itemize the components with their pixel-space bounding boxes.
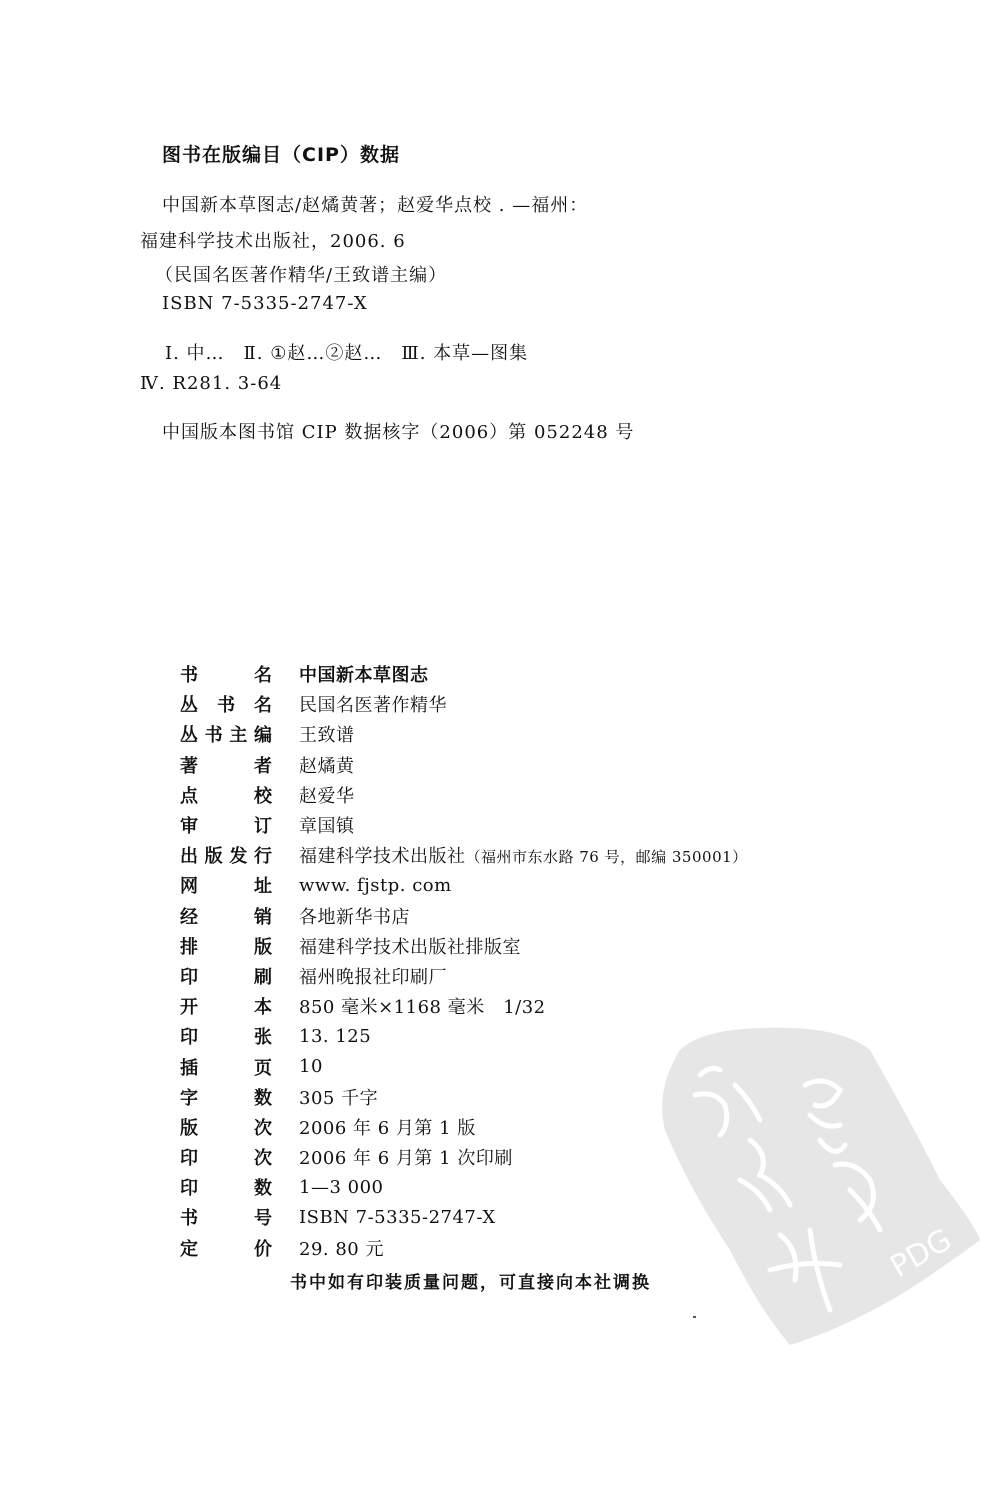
info-value-text: 福建科学技术出版社排版室: [299, 937, 521, 958]
info-label: 书名: [180, 661, 272, 687]
info-label-char: 印: [180, 1023, 198, 1049]
info-label: 定价: [180, 1235, 272, 1261]
info-label-char: 丛: [180, 721, 198, 747]
info-value: 850 毫米×1168 毫米 1/32: [299, 993, 546, 1019]
info-label: 经销: [180, 903, 272, 929]
info-label: 印张: [180, 1023, 272, 1049]
info-label-char: 页: [254, 1054, 272, 1080]
info-label: 开本: [180, 993, 272, 1019]
cip-line-subjects: Ⅰ. 中… Ⅱ. ①赵…②赵… Ⅲ. 本草—图集: [165, 339, 528, 365]
cip-line-record-number: 中国版本图书馆 CIP 数据核字（2006）第 052248 号: [162, 418, 634, 444]
info-value: 福建科学技术出版社排版室: [299, 933, 521, 959]
info-label-char: 书: [180, 1204, 198, 1230]
info-value: 10: [299, 1056, 323, 1077]
info-row: 审订章国镇: [180, 810, 748, 840]
info-label-char: 排: [180, 933, 198, 959]
info-label: 印数: [180, 1174, 272, 1200]
cip-line-isbn: ISBN 7-5335-2747-X: [162, 293, 368, 314]
info-value-text: 各地新华书店: [299, 907, 410, 928]
info-value-text: 福建科学技术出版社: [299, 846, 466, 867]
info-value: 各地新华书店: [299, 903, 410, 929]
info-value-text: 章国镇: [299, 816, 355, 837]
info-label: 印刷: [180, 963, 272, 989]
info-value-text: 305 千字: [299, 1088, 378, 1109]
info-value-text: 民国名医著作精华: [299, 695, 447, 716]
info-value-text: 赵爱华: [299, 786, 355, 807]
info-value: 29. 80 元: [299, 1235, 384, 1261]
info-label-char: 订: [254, 812, 272, 838]
info-label-char: 著: [180, 752, 198, 778]
info-label-char: 次: [254, 1114, 272, 1140]
info-value: 中国新本草图志: [299, 661, 429, 687]
info-label-char: 版: [180, 1114, 198, 1140]
info-label: 插页: [180, 1054, 272, 1080]
info-label-char: 定: [180, 1235, 198, 1261]
info-label: 版次: [180, 1114, 272, 1140]
info-value-text: 29. 80 元: [299, 1239, 384, 1260]
info-label-char: 发: [229, 842, 247, 868]
info-label-char: 价: [254, 1235, 272, 1261]
info-row: 书名中国新本草图志: [180, 659, 748, 689]
info-label-char: 数: [254, 1174, 272, 1200]
info-value: 福州晚报社印刷厂: [299, 963, 447, 989]
info-label-char: 版: [254, 933, 272, 959]
cip-line-series: （民国名医著作精华/王致谱主编）: [155, 261, 447, 287]
info-row: 网址www. fjstp. com: [180, 870, 748, 900]
info-label-char: 网: [180, 872, 198, 898]
info-label-char: 出: [180, 842, 198, 868]
info-label: 丛书名: [180, 691, 272, 717]
info-label-char: 版: [205, 842, 223, 868]
info-label: 著者: [180, 752, 272, 778]
info-label-char: 址: [254, 872, 272, 898]
info-row: 丛书名民国名医著作精华: [180, 689, 748, 719]
cip-line-classification: Ⅳ. R281. 3-64: [140, 373, 282, 394]
info-label-char: 行: [254, 842, 272, 868]
info-row: 出版发行福建科学技术出版社（福州市东水路 76 号，邮编 350001）: [180, 840, 748, 870]
info-row: 排版福建科学技术出版社排版室: [180, 931, 748, 961]
cip-line-title: 中国新本草图志/赵燏黄著；赵爱华点校 . —福州：: [162, 191, 588, 217]
info-label: 网址: [180, 872, 272, 898]
info-value: 赵燏黄: [299, 752, 355, 778]
info-label-char: 开: [180, 993, 198, 1019]
info-label-char: 审: [180, 812, 198, 838]
info-value: 13. 125: [299, 1026, 371, 1047]
info-label: 审订: [180, 812, 272, 838]
info-value-text: 10: [299, 1056, 323, 1077]
info-label: 排版: [180, 933, 272, 959]
info-value: www. fjstp. com: [299, 875, 452, 896]
info-value-text: ISBN 7-5335-2747-X: [299, 1207, 496, 1228]
info-row: 经销各地新华书店: [180, 901, 748, 931]
info-value-text: 中国新本草图志: [299, 665, 429, 686]
info-label-char: 编: [254, 721, 272, 747]
info-value-text: 2006 年 6 月第 1 版: [299, 1118, 476, 1139]
info-value: 章国镇: [299, 812, 355, 838]
info-value: ISBN 7-5335-2747-X: [299, 1207, 496, 1228]
info-label: 点校: [180, 782, 272, 808]
info-label-char: 书: [205, 721, 223, 747]
info-row: 丛书主编王致谱: [180, 719, 748, 749]
info-label-char: 者: [254, 752, 272, 778]
info-value-text: 福州晚报社印刷厂: [299, 967, 447, 988]
cip-heading: 图书在版编目（CIP）数据: [162, 140, 400, 167]
info-label-char: 校: [254, 782, 272, 808]
info-value-text: 赵燏黄: [299, 756, 355, 777]
info-label-char: 次: [254, 1144, 272, 1170]
info-label: 字数: [180, 1084, 272, 1110]
info-label-char: 书: [180, 661, 198, 687]
cip-line-publisher: 福建科学技术出版社，2006. 6: [140, 227, 406, 253]
info-value: 王致谱: [299, 721, 355, 747]
info-value: 2006 年 6 月第 1 次印刷: [299, 1144, 513, 1170]
info-value: 2006 年 6 月第 1 版: [299, 1114, 476, 1140]
info-value-note: （福州市东水路 76 号，邮编 350001）: [466, 848, 748, 866]
info-value-text: 2006 年 6 月第 1 次印刷: [299, 1148, 513, 1169]
info-value-text: 王致谱: [299, 725, 355, 746]
info-value-text: 13. 125: [299, 1026, 371, 1047]
info-row: 印刷福州晚报社印刷厂: [180, 961, 748, 991]
info-label-char: 印: [180, 1144, 198, 1170]
info-label-char: 印: [180, 963, 198, 989]
info-value: 305 千字: [299, 1084, 378, 1110]
info-label-char: 经: [180, 903, 198, 929]
info-value-text: 850 毫米×1168 毫米 1/32: [299, 997, 546, 1018]
info-label-char: 丛: [180, 691, 198, 717]
info-row: 著者赵燏黄: [180, 750, 748, 780]
info-label-char: 点: [180, 782, 198, 808]
info-value: 民国名医著作精华: [299, 691, 447, 717]
info-value-text: 1—3 000: [299, 1177, 383, 1198]
seal-stamp-icon: PDG: [640, 1010, 983, 1350]
info-label-char: 名: [254, 691, 272, 717]
info-label: 丛书主编: [180, 721, 272, 747]
info-label-char: 销: [254, 903, 272, 929]
info-label: 出版发行: [180, 842, 272, 868]
info-label-char: 印: [180, 1174, 198, 1200]
info-label-char: 张: [254, 1023, 272, 1049]
info-label-char: 插: [180, 1054, 198, 1080]
info-label-char: 字: [180, 1084, 198, 1110]
info-label-char: 数: [254, 1084, 272, 1110]
info-row: 点校赵爱华: [180, 780, 748, 810]
info-label-char: 刷: [254, 963, 272, 989]
info-value-text: www. fjstp. com: [299, 875, 452, 896]
info-label-char: 名: [254, 661, 272, 687]
info-label-char: 书: [217, 691, 235, 717]
info-label-char: 主: [229, 721, 247, 747]
info-label-char: 号: [254, 1204, 272, 1230]
quality-notice: 书中如有印装质量问题，可直接向本社调换: [290, 1268, 651, 1293]
info-value: 福建科学技术出版社（福州市东水路 76 号，邮编 350001）: [299, 842, 748, 868]
info-value: 1—3 000: [299, 1177, 383, 1198]
info-value: 赵爱华: [299, 782, 355, 808]
info-label-char: 本: [254, 993, 272, 1019]
info-label: 印次: [180, 1144, 272, 1170]
info-label: 书号: [180, 1204, 272, 1230]
